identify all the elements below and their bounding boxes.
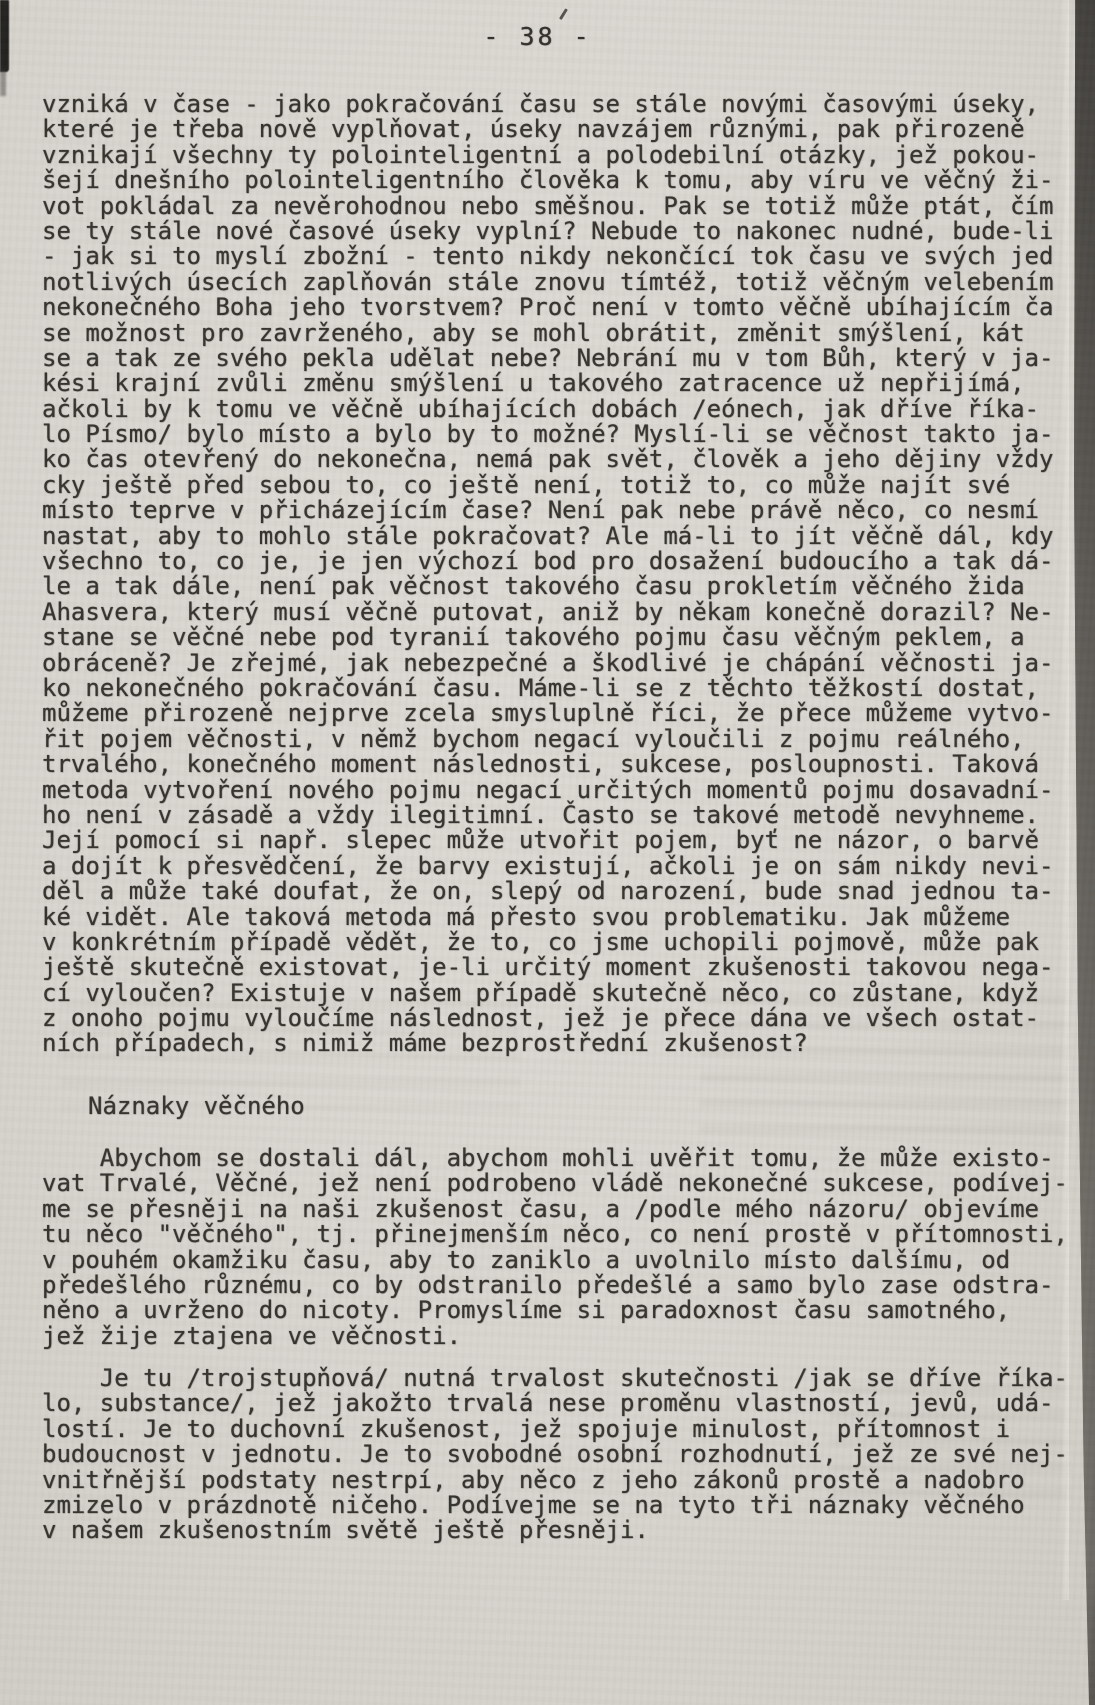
- text-line: v pouhém okamžiku času, aby to zaniklo a…: [42, 1248, 1068, 1273]
- text-line: se ty stále nové časové úseky vyplní? Ne…: [42, 219, 1053, 244]
- scan-edge-shadow: [1065, 0, 1095, 1705]
- text-line: nastat, aby to mohlo stále pokračovat? A…: [42, 524, 1053, 549]
- text-line: předešlého různému, co by odstranilo pře…: [42, 1273, 1068, 1298]
- text-line: metoda vytvoření nového pojmu negací urč…: [42, 778, 1053, 803]
- text-line: budoucnost v jednotu. Je to svobodné oso…: [42, 1442, 1068, 1467]
- paragraph-1: vzniká v čase - jako pokračování času se…: [42, 92, 1053, 1057]
- text-line: se možnost pro zavrženého, aby se mohl o…: [42, 321, 1053, 346]
- text-line: ko čas otevřený do nekonečna, nemá pak s…: [42, 447, 1053, 472]
- text-line: můžeme přirozeně nejprve zcela smyslupln…: [42, 701, 1053, 726]
- paragraph-3: Je tu /trojstupňová/ nutná trvalost skut…: [42, 1366, 1068, 1544]
- paragraph-2: Abychom se dostali dál, abychom mohli uv…: [42, 1146, 1068, 1349]
- section-heading: Náznaky věčného: [88, 1092, 305, 1120]
- text-line: všechno to, co je, je jen výchozí bod pr…: [42, 549, 1053, 574]
- text-line: ještě skutečně existovat, je-li určitý m…: [42, 955, 1053, 980]
- text-line: v konkrétním případě vědět, že to, co js…: [42, 930, 1053, 955]
- text-line: tu něco "věčného", tj. přinejmenším něco…: [42, 1222, 1068, 1247]
- text-line: z onoho pojmu vyloučíme následnost, jež …: [42, 1006, 1053, 1031]
- text-line: něno a uvrženo do nicoty. Promyslíme si …: [42, 1298, 1068, 1323]
- text-line: vot pokládal za nevěrohodnou nebo směšno…: [42, 194, 1053, 219]
- text-line: kési krajní zvůli změnu smýšlení u takov…: [42, 371, 1053, 396]
- scan-artifact-corner-mark-tail: [0, 70, 6, 96]
- text-line: a dojít k přesvědčení, že barvy existují…: [42, 854, 1053, 879]
- text-line: notlivých úsecích zaplňován stále znovu …: [42, 270, 1053, 295]
- scanned-document-page: - 38 - vzniká v čase - jako pokračování …: [0, 0, 1095, 1705]
- text-line: které je třeba nově vyplňovat, úseky nav…: [42, 117, 1053, 142]
- text-line: místo teprve v přicházejícím čase? Není …: [42, 498, 1053, 523]
- text-line: me se přesněji na naši zkušenost času, a…: [42, 1197, 1068, 1222]
- text-line: vznikají všechny ty polointeligentní a p…: [42, 143, 1053, 168]
- text-line: ho není v zásadě a vždy ilegitimní. Čast…: [42, 803, 1053, 828]
- text-line: řit pojem věčnosti, v němž bychom negací…: [42, 727, 1053, 752]
- text-line: ních případech, s nimiž máme bezprostřed…: [42, 1031, 1053, 1056]
- text-line: cí vyloučen? Existuje v našem případě sk…: [42, 981, 1053, 1006]
- text-line: lo, substance/, jež jakožto trvalá nese …: [42, 1391, 1068, 1416]
- text-line: jež žije ztajena ve věčnosti.: [42, 1324, 1068, 1349]
- text-line: cky ještě před sebou to, co ještě není, …: [42, 473, 1053, 498]
- scan-artifact-tick: [559, 8, 567, 20]
- text-line: Její pomocí si např. slepec může utvořit…: [42, 828, 1053, 853]
- text-line: v našem zkušenostním světě ještě přesněj…: [42, 1518, 1068, 1543]
- text-line: lostí. Je to duchovní zkušenost, jež spo…: [42, 1417, 1068, 1442]
- page-number: - 38 -: [0, 22, 1075, 51]
- text-line: nekonečného Boha jeho tvorstvem? Proč ne…: [42, 295, 1053, 320]
- text-line: stane se věčné nebe pod tyranií takového…: [42, 625, 1053, 650]
- text-line: lo Písmo/ bylo místo a bylo by to možné?…: [42, 422, 1053, 447]
- text-line: Abychom se dostali dál, abychom mohli uv…: [42, 1146, 1068, 1171]
- text-line: obráceně? Je zřejmé, jak nebezpečné a šk…: [42, 651, 1053, 676]
- text-line: vnitřnější podstaty nestrpí, aby něco z …: [42, 1468, 1068, 1493]
- text-line: le a tak dále, není pak věčnost takového…: [42, 574, 1053, 599]
- text-line: ké vidět. Ale taková metoda má přesto sv…: [42, 905, 1053, 930]
- text-line: šejí dnešního polointeligentního člověka…: [42, 168, 1053, 193]
- text-line: se a tak ze svého pekla udělat nebe? Neb…: [42, 346, 1053, 371]
- text-line: ko nekonečného pokračování času. Máme-li…: [42, 676, 1053, 701]
- text-line: trvalého, konečného moment následnosti, …: [42, 752, 1053, 777]
- text-line: vzniká v čase - jako pokračování času se…: [42, 92, 1053, 117]
- text-line: - jak si to myslí zbožní - tento nikdy n…: [42, 244, 1053, 269]
- text-line: ačkoli by k tomu ve věčně ubíhajících do…: [42, 397, 1053, 422]
- text-line: děl a může také doufat, že on, slepý od …: [42, 879, 1053, 904]
- text-line: vat Trvalé, Věčné, jež není podrobeno vl…: [42, 1171, 1068, 1196]
- paper-edge-highlight: [1061, 0, 1069, 1600]
- text-line: zmizelo v prázdnotě ničeho. Podívejme se…: [42, 1493, 1068, 1518]
- text-line: Ahasvera, který musí věčně putovat, aniž…: [42, 600, 1053, 625]
- text-line: Je tu /trojstupňová/ nutná trvalost skut…: [42, 1366, 1068, 1391]
